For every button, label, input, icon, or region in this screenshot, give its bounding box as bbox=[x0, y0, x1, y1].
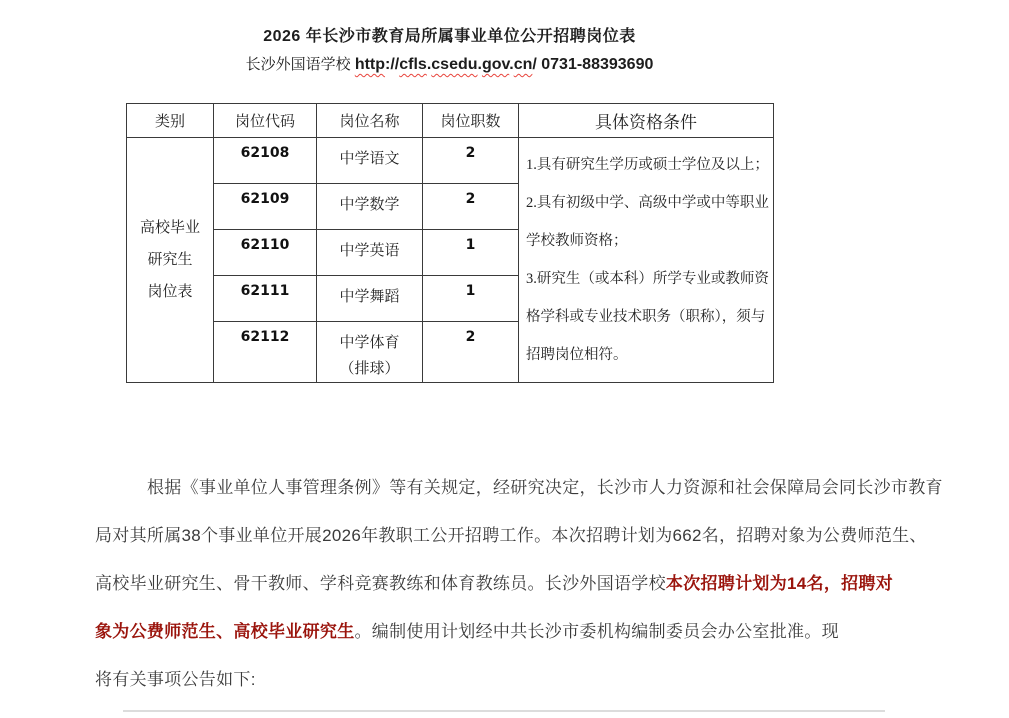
highlighted-recruitment-text: 象为公费师范生、高校毕业研究生 bbox=[95, 622, 355, 641]
position-count-cell: 2 bbox=[423, 322, 519, 383]
url-segment-gov: gov bbox=[482, 56, 509, 73]
document-title-block: 2026 年长沙市教育局所属事业单位公开招聘岗位表 长沙外国语学校 http:/… bbox=[126, 24, 773, 80]
column-header-count: 岗位职数 bbox=[423, 104, 519, 138]
section-divider bbox=[123, 710, 885, 712]
paragraph-line: 象为公费师范生、高校毕业研究生。编制使用计划经中共长沙市委机构编制委员会办公室批… bbox=[95, 608, 925, 656]
phone-number: / 0731-88393690 bbox=[532, 56, 653, 73]
qualification-line: 招聘岗位相符。 bbox=[526, 336, 773, 374]
url-segment-http: http bbox=[355, 56, 385, 73]
position-code-cell: 62111 bbox=[214, 276, 317, 322]
position-name-cell: 中学数学 bbox=[317, 184, 423, 230]
position-name-cell: 中学舞蹈 bbox=[317, 276, 423, 322]
column-header-category: 类别 bbox=[127, 104, 214, 138]
paragraph-text: 局对其所属38个事业单位开展2026年教职工公开招聘工作。本次招聘计划为662名… bbox=[95, 526, 927, 545]
notice-paragraph: 根据《事业单位人事管理条例》等有关规定，经研究决定，长沙市人力资源和社会保障局会… bbox=[95, 464, 925, 704]
position-code-cell: 62112 bbox=[214, 322, 317, 383]
position-code-cell: 62108 bbox=[214, 138, 317, 184]
category-line: 岗位表 bbox=[127, 276, 213, 308]
category-cell: 高校毕业 研究生 岗位表 bbox=[127, 138, 214, 383]
position-count-cell: 1 bbox=[423, 230, 519, 276]
position-name-cell: 中学体育 （排球） bbox=[317, 322, 423, 383]
qualifications-cell: 1.具有研究生学历或硕士学位及以上； 2.具有初级中学、高级中学或中等职业 学校… bbox=[519, 138, 774, 383]
position-count-cell: 2 bbox=[423, 138, 519, 184]
document-title: 2026 年长沙市教育局所属事业单位公开招聘岗位表 bbox=[126, 24, 773, 50]
column-header-qualifications: 具体资格条件 bbox=[519, 104, 774, 138]
url-segment-cn: cn bbox=[514, 56, 533, 73]
position-count-cell: 1 bbox=[423, 276, 519, 322]
category-line: 高校毕业 bbox=[127, 212, 213, 244]
position-count-cell: 2 bbox=[423, 184, 519, 230]
qualification-line: 学校教师资格； bbox=[526, 222, 773, 260]
column-header-name: 岗位名称 bbox=[317, 104, 423, 138]
paragraph-text: 。编制使用计划经中共长沙市委机构编制委员会办公室批准。现 bbox=[355, 622, 839, 641]
position-name-line1: 中学体育 bbox=[317, 330, 422, 356]
position-name-line2: （排球） bbox=[317, 356, 422, 382]
qualification-line: 1.具有研究生学历或硕士学位及以上； bbox=[526, 146, 773, 184]
url-separator: :// bbox=[385, 56, 399, 73]
qualification-line: 2.具有初级中学、高级中学或中等职业 bbox=[526, 184, 773, 222]
table-row: 高校毕业 研究生 岗位表 62108 中学语文 2 1.具有研究生学历或硕士学位… bbox=[127, 138, 774, 184]
position-code-cell: 62110 bbox=[214, 230, 317, 276]
category-line: 研究生 bbox=[127, 244, 213, 276]
paragraph-line: 局对其所属38个事业单位开展2026年教职工公开招聘工作。本次招聘计划为662名… bbox=[95, 512, 925, 560]
column-header-code: 岗位代码 bbox=[214, 104, 317, 138]
paragraph-text: 高校毕业研究生、骨干教师、学科竞赛教练和体育教练员。长沙外国语学校 bbox=[95, 574, 666, 593]
qualification-line: 格学科或专业技术职务（职称），须与 bbox=[526, 298, 773, 336]
table-header-row: 类别 岗位代码 岗位名称 岗位职数 具体资格条件 bbox=[127, 104, 774, 138]
paragraph-line: 根据《事业单位人事管理条例》等有关规定，经研究决定，长沙市人力资源和社会保障局会… bbox=[95, 464, 925, 512]
school-name: 长沙外国语学校 bbox=[246, 56, 355, 73]
qualification-line: 3.研究生（或本科）所学专业或教师资 bbox=[526, 260, 773, 298]
position-code-cell: 62109 bbox=[214, 184, 317, 230]
paragraph-line: 高校毕业研究生、骨干教师、学科竞赛教练和体育教练员。长沙外国语学校本次招聘计划为… bbox=[95, 560, 925, 608]
school-contact-line: 长沙外国语学校 http://cfls.csedu.gov.cn/ 0731-8… bbox=[126, 50, 773, 80]
highlighted-recruitment-text: 本次招聘计划为14名，招聘对 bbox=[666, 574, 893, 593]
url-segment-csedu: csedu bbox=[431, 56, 477, 73]
position-table: 类别 岗位代码 岗位名称 岗位职数 具体资格条件 高校毕业 研究生 岗位表 62… bbox=[126, 103, 774, 383]
position-name-cell: 中学英语 bbox=[317, 230, 423, 276]
paragraph-text: 根据《事业单位人事管理条例》等有关规定，经研究决定，长沙市人力资源和社会保障局会… bbox=[147, 478, 943, 497]
document-page: 2026 年长沙市教育局所属事业单位公开招聘岗位表 长沙外国语学校 http:/… bbox=[0, 0, 1009, 718]
position-name-cell: 中学语文 bbox=[317, 138, 423, 184]
url-segment-cfls: cfls bbox=[399, 56, 427, 73]
paragraph-line: 将有关事项公告如下: bbox=[95, 656, 925, 704]
paragraph-text: 将有关事项公告如下: bbox=[95, 670, 256, 689]
